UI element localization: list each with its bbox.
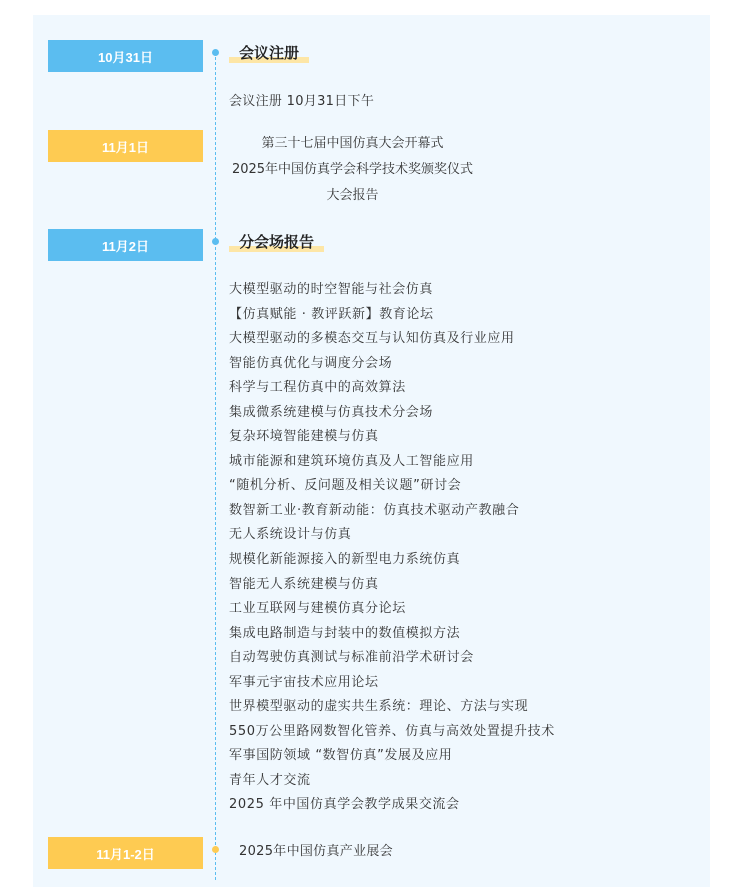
session-item: 550万公里路网数智化管养、仿真与高效处置提升技术 (229, 722, 555, 747)
date-tag-nov1-2: 11月1-2日 (48, 837, 203, 869)
session-item: “随机分析、反问题及相关议题”研讨会 (229, 476, 555, 501)
session-item: 无人系统设计与仿真 (229, 525, 555, 550)
date-tag-nov1: 11月1日 (48, 130, 203, 162)
session-item: 智能仿真优化与调度分会场 (229, 354, 555, 379)
session-item: 大模型驱动的时空智能与社会仿真 (229, 280, 555, 305)
session-item: 科学与工程仿真中的高效算法 (229, 378, 555, 403)
opening-agenda: 第三十七届中国仿真大会开幕式 2025年中国仿真学会科学技术奖颁奖仪式 大会报告 (215, 131, 490, 209)
session-item: 【仿真赋能 · 教评跃新】教育论坛 (229, 305, 555, 330)
session-item: 集成微系统建模与仿真技术分会场 (229, 403, 555, 428)
session-item: 青年人才交流 (229, 771, 555, 796)
session-item: 规模化新能源接入的新型电力系统仿真 (229, 550, 555, 575)
registration-detail: 会议注册 10月31日下午 (229, 90, 374, 109)
session-item: 2025 年中国仿真学会教学成果交流会 (229, 795, 555, 820)
session-item: 集成电路制造与封装中的数值模拟方法 (229, 624, 555, 649)
session-item: 世界模型驱动的虚实共生系统：理论、方法与实现 (229, 697, 555, 722)
expo-item: 2025年中国仿真产业展会 (239, 840, 393, 859)
timeline-dot-icon (212, 238, 219, 245)
session-item: 数智新工业·教育新动能：仿真技术驱动产教融合 (229, 501, 555, 526)
session-item: 军事国防领域 “数智仿真”发展及应用 (229, 746, 555, 771)
date-tag-oct31: 10月31日 (48, 40, 203, 72)
session-item: 军事元宇宙技术应用论坛 (229, 673, 555, 698)
session-item: 城市能源和建筑环境仿真及人工智能应用 (229, 452, 555, 477)
session-item: 自动驾驶仿真测试与标准前沿学术研讨会 (229, 648, 555, 673)
agenda-item-keynote: 大会报告 (215, 183, 490, 209)
section-title-sessions: 分会场报告 (229, 232, 324, 252)
timeline-dot-icon (212, 846, 219, 853)
session-item: 工业互联网与建模仿真分论坛 (229, 599, 555, 624)
agenda-item-opening: 第三十七届中国仿真大会开幕式 (215, 131, 490, 157)
session-item: 大模型驱动的多模态交互与认知仿真及行业应用 (229, 329, 555, 354)
date-tag-nov2: 11月2日 (48, 229, 203, 261)
section-title-registration: 会议注册 (229, 43, 309, 63)
session-item: 智能无人系统建模与仿真 (229, 575, 555, 600)
session-item: 复杂环境智能建模与仿真 (229, 427, 555, 452)
session-list: 大模型驱动的时空智能与社会仿真 【仿真赋能 · 教评跃新】教育论坛 大模型驱动的… (229, 280, 555, 820)
agenda-item-award: 2025年中国仿真学会科学技术奖颁奖仪式 (215, 157, 490, 183)
timeline-dot-icon (212, 49, 219, 56)
